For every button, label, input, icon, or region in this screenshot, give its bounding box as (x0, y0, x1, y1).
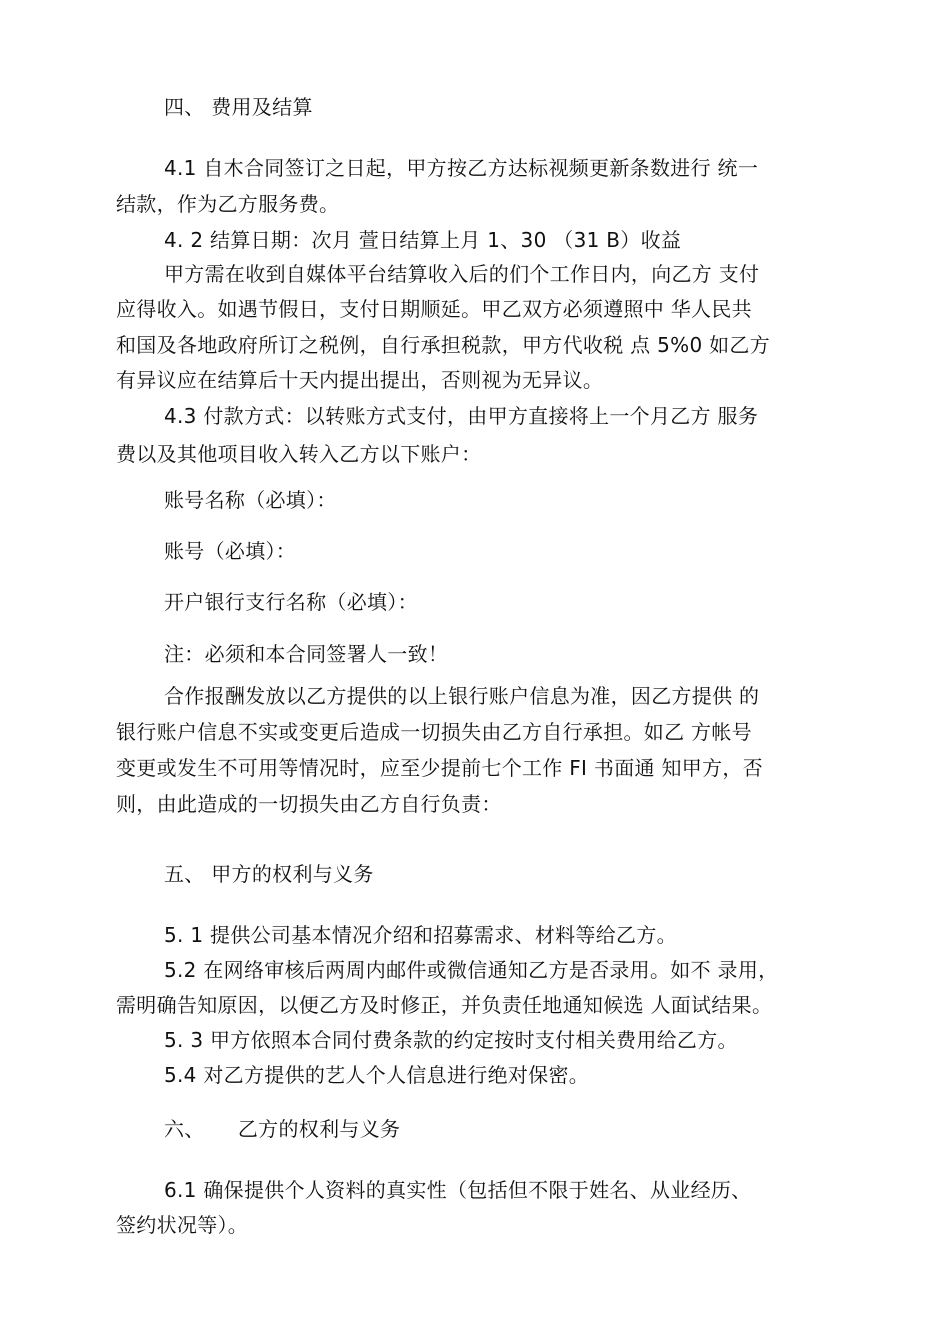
section-heading-6: 六、 乙方的权利与义务 (164, 1117, 400, 1141)
clause-5-3: 5. 3 甲方依照本合同付费条款的约定按时支付相关费用给乙方。 (164, 1028, 738, 1052)
clause-4-2: 4. 2 结算日期：次月 萱日结算上月 1、30 （31 B）收益 (164, 228, 681, 252)
clause-5-2-line-1: 5.2 在网络审核后两周内邮件或微信通知乙方是否录用。如不 录用， (164, 958, 778, 982)
section-heading-5: 五、 甲方的权利与义务 (164, 862, 374, 886)
bank-info-paragraph-line-4: 则，由此造成的一切损失由乙方自行负责： (116, 792, 502, 816)
clause-4-1-line-1: 4.1 自木合同签订之日起，甲方按乙方达标视频更新条数进行 统一 (164, 156, 758, 180)
clause-4-1-line-2: 结款，作为乙方服务费。 (116, 192, 339, 216)
account-name-field-label: 账号名称（必填）： (164, 488, 337, 512)
payment-paragraph-line-3: 和国及各地政府所订之税例，自行承担税款，甲方代收税 点 5%0 如乙方 (116, 333, 770, 357)
clause-5-4: 5.4 对乙方提供的艺人个人信息进行绝对保密。 (164, 1063, 589, 1087)
signatory-note: 注：必须和本合同签署人一致！ (164, 642, 448, 666)
payment-paragraph-line-1: 甲方需在收到自媒体平台结算收入后的们个工作日内，向乙方 支付 (164, 262, 759, 286)
clause-6-1-line-2: 签约状况等）。 (116, 1213, 248, 1237)
payment-paragraph-line-4: 有异议应在结算后十天内提出提出，否则视为无异议。 (116, 368, 603, 392)
section-heading-4: 四、 费用及结算 (164, 95, 313, 119)
clause-6-1-line-1: 6.1 确保提供个人资料的真实性（包括但不限于姓名、从业经历、 (164, 1178, 751, 1202)
account-number-field-label: 账号（必填）： (164, 539, 296, 563)
clause-5-2-line-2: 需明确告知原因，以便乙方及时修正，并负责任地通知候选 人面试结果。 (116, 993, 772, 1017)
bank-branch-field-label: 开户银行支行名称（必填）： (164, 590, 418, 614)
bank-info-paragraph-line-1: 合作报酬发放以乙方提供的以上银行账户信息为准，因乙方提供 的 (164, 684, 759, 708)
bank-info-paragraph-line-3: 变更或发生不可用等情况时，应至少提前七个工作 FI 书面通 知甲方，否 (116, 756, 763, 780)
clause-4-3-line-1: 4.3 付款方式：以转账方式支付，由甲方直接将上一个月乙方 服务 (164, 404, 758, 428)
bank-info-paragraph-line-2: 银行账户信息不实或变更后造成一切损失由乙方自行承担。如乙 方帐号 (116, 720, 752, 744)
clause-5-1: 5. 1 提供公司基本情况介绍和招募需求、材料等给乙方。 (164, 923, 677, 947)
clause-4-3-line-2: 费以及其他项目收入转入乙方以下账户： (116, 442, 481, 466)
payment-paragraph-line-2: 应得收入。如遇节假日，支付日期顺延。甲乙双方必须遵照中 华人民共 (116, 297, 752, 321)
